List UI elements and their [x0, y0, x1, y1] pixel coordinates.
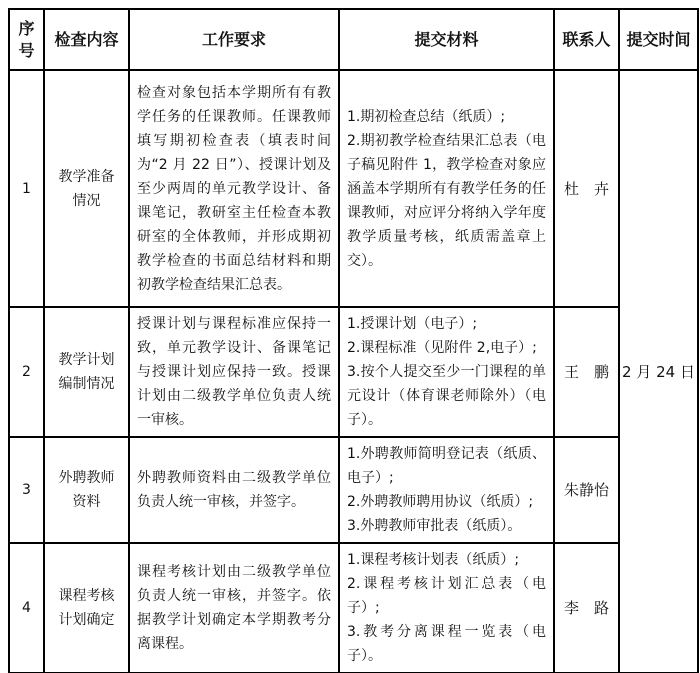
- row1-contact-person: 杜 卉: [554, 70, 619, 307]
- table-header-row: 序 号 检查内容 工作要求 提交材料 联系人 提交时间: [9, 9, 698, 70]
- row4-contact-person: 李 路: [554, 543, 619, 673]
- header-submission-time: 提交时间: [619, 9, 698, 70]
- row3-work-requirement: 外聘教师资料由二级教学单位负责人统一审核，并签字。: [129, 437, 339, 543]
- row3-inspection-content: 外聘教师 资料: [44, 437, 129, 543]
- row3-submission-materials: 1.外聘教师简明登记表（纸质、电子）; 2.外聘教师聘用协议（纸质）; 3.外聘…: [339, 437, 554, 543]
- row3-contact-person: 朱静怡: [554, 437, 619, 543]
- row1-submission-materials: 1.期初检查总结（纸质）; 2.期初教学检查结果汇总表（电子稿见附件 1，教学检…: [339, 70, 554, 307]
- row4-serial-number: 4: [9, 543, 44, 673]
- row1-serial-number: 1: [9, 70, 44, 307]
- row2-serial-number: 2: [9, 307, 44, 437]
- row4-inspection-content: 课程考核 计划确定: [44, 543, 129, 673]
- row4-submission-materials: 1.课程考核计划表（纸质）; 2.课程考核计划汇总表（电子）; 3.教考分离课程…: [339, 543, 554, 673]
- row4-work-requirement: 课程考核计划由二级教学单位负责人统一审核，并签字。依据教学计划确定本学期教考分离…: [129, 543, 339, 673]
- header-contact-person: 联系人: [554, 9, 619, 70]
- document-page: 序 号 检查内容 工作要求 提交材料 联系人 提交时间 1 教学准备 情况 检查…: [0, 0, 700, 673]
- header-work-requirement: 工作要求: [129, 9, 339, 70]
- row2-submission-materials: 1.授课计划（电子）; 2.课程标准（见附件 2,电子）; 3.按个人提交至少一…: [339, 307, 554, 437]
- row2-inspection-content: 教学计划 编制情况: [44, 307, 129, 437]
- row1-work-requirement: 检查对象包括本学期所有有教学任务的任课教师。任课教师填写期初检查表（填表时间为“…: [129, 70, 339, 307]
- table-row-4: 4 课程考核 计划确定 课程考核计划由二级教学单位负责人统一审核，并签字。依据教…: [9, 543, 698, 673]
- teaching-inspection-table: 序 号 检查内容 工作要求 提交材料 联系人 提交时间 1 教学准备 情况 检查…: [8, 8, 699, 673]
- row3-serial-number: 3: [9, 437, 44, 543]
- table-row-2: 2 教学计划 编制情况 授课计划与课程标准应保持一致，单元教学设计、备课笔记与授…: [9, 307, 698, 437]
- header-submission-materials: 提交材料: [339, 9, 554, 70]
- row1-inspection-content: 教学准备 情况: [44, 70, 129, 307]
- row2-contact-person: 王 鹏: [554, 307, 619, 437]
- header-serial-number: 序 号: [9, 9, 44, 70]
- header-inspection-content: 检查内容: [44, 9, 129, 70]
- table-row-1: 1 教学准备 情况 检查对象包括本学期所有有教学任务的任课教师。任课教师填写期初…: [9, 70, 698, 307]
- row2-work-requirement: 授课计划与课程标准应保持一致，单元教学设计、备课笔记与授课计划应保持一致。授课计…: [129, 307, 339, 437]
- table-row-3: 3 外聘教师 资料 外聘教师资料由二级教学单位负责人统一审核，并签字。 1.外聘…: [9, 437, 698, 543]
- submission-time-cell: 2 月 24 日: [619, 70, 698, 673]
